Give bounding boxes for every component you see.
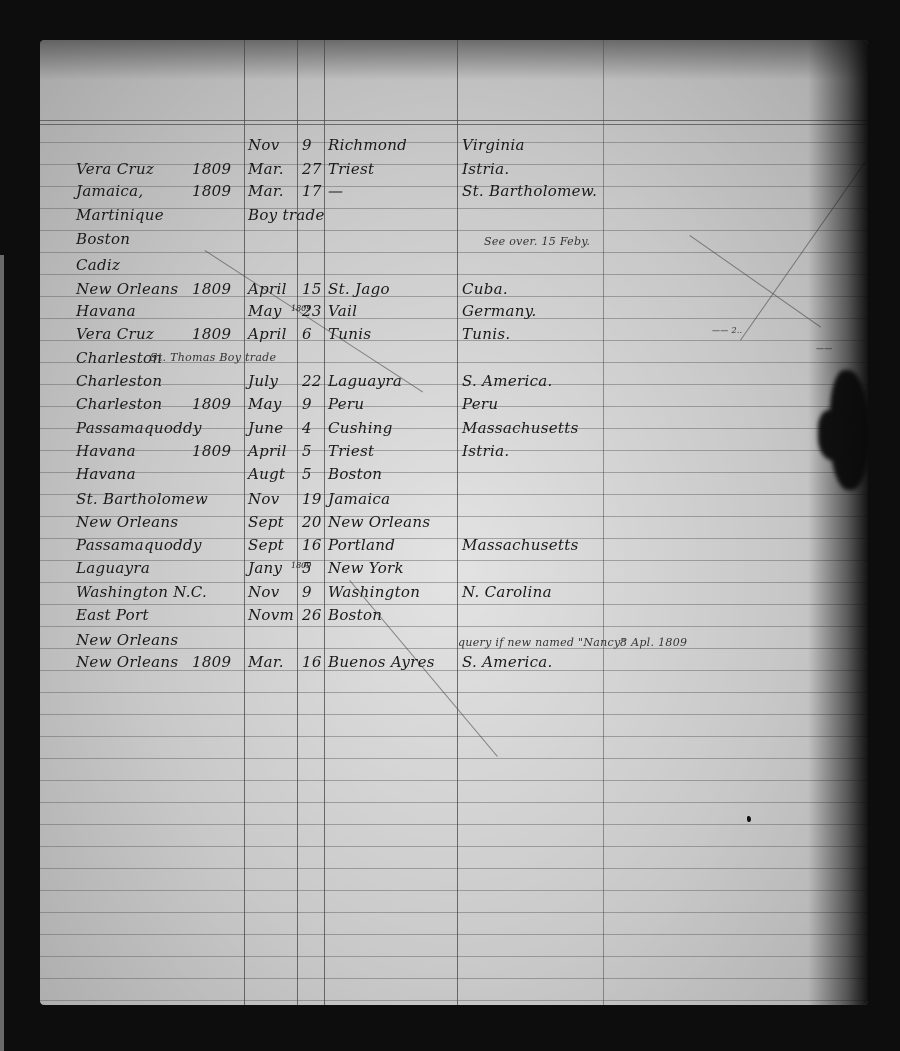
ruled-line xyxy=(40,450,868,451)
ruled-line xyxy=(40,340,868,341)
ruled-line xyxy=(40,626,868,627)
ruled-line xyxy=(40,846,868,847)
port-cell: Passamaquoddy xyxy=(76,536,202,554)
ruled-line xyxy=(40,164,868,165)
place-cell: Boston xyxy=(328,606,382,624)
port-cell: Passamaquoddy xyxy=(76,419,202,437)
month-cell: April xyxy=(248,280,287,298)
film-edge-strip xyxy=(0,255,4,1051)
day-cell: 23 xyxy=(302,302,322,320)
region-cell: Massachusetts xyxy=(462,536,579,554)
region-cell: query if new named "Nancy" xyxy=(458,634,626,652)
place-cell: — xyxy=(328,182,343,200)
month-cell: Mar. xyxy=(248,182,284,200)
month-cell: April xyxy=(248,442,287,460)
column-rule-place-region xyxy=(457,40,458,1005)
region-cell: Peru xyxy=(462,395,498,413)
ruled-line xyxy=(40,802,868,803)
ink-dot xyxy=(747,816,751,822)
port-cell: Cadiz xyxy=(76,256,120,274)
header-rule xyxy=(40,120,868,125)
region-cell: Virginia xyxy=(462,136,525,154)
port-cell: Boston xyxy=(76,230,130,248)
month-cell: Sept xyxy=(248,536,284,554)
day-cell: 9 xyxy=(302,583,312,601)
place-cell: Washington xyxy=(328,583,420,601)
page-top-shadow xyxy=(40,40,868,80)
place-cell: Portland xyxy=(328,536,395,554)
day-cell: 26 xyxy=(302,606,322,624)
region-cell: Massachusetts xyxy=(462,419,579,437)
diagonal-mark xyxy=(689,235,821,328)
place-cell: New Orleans xyxy=(328,513,430,531)
region-cell: Istria. xyxy=(462,160,509,178)
year-cell: 1809 xyxy=(192,395,231,413)
place-cell: Richmond xyxy=(328,136,407,154)
day-cell: 5 xyxy=(302,559,312,577)
day-cell: 19 xyxy=(302,490,322,508)
place-cell: Triest xyxy=(328,442,374,460)
region-cell: Cuba. xyxy=(462,280,508,298)
page-right-shadow xyxy=(808,40,868,1005)
column-rule-region-notes xyxy=(603,40,604,1005)
port-cell: New Orleans xyxy=(76,631,178,649)
port-cell: New Orleans xyxy=(76,280,178,298)
ruled-line xyxy=(40,142,868,143)
port-cell: Charleston xyxy=(76,395,162,413)
region-cell: S. America. xyxy=(462,372,553,390)
day-cell: 15 xyxy=(302,280,322,298)
ruled-line xyxy=(40,824,868,825)
port-cell: St. Bartholomew xyxy=(76,490,208,508)
day-cell: 27 xyxy=(302,160,322,178)
day-cell: 9 xyxy=(302,136,312,154)
port-cell: Martinique xyxy=(76,206,164,224)
port-cell: Laguayra xyxy=(76,559,150,577)
ruled-line xyxy=(40,604,868,605)
month-cell: Sept xyxy=(248,513,284,531)
month-cell: Nov xyxy=(248,136,280,154)
day-cell: 9 xyxy=(302,395,312,413)
column-rule-day-place xyxy=(324,40,325,1005)
place-cell: Triest xyxy=(328,160,374,178)
day-cell: 6 xyxy=(302,325,312,343)
port-cell: Havana xyxy=(76,465,136,483)
ruled-line xyxy=(40,912,868,913)
port-cell: New Orleans xyxy=(76,513,178,531)
region-cell: Istria. xyxy=(462,442,509,460)
ruled-line xyxy=(40,186,868,187)
column-rule-month-day xyxy=(297,40,298,1005)
month-cell: Augt xyxy=(248,465,285,483)
month-cell: Boy trade xyxy=(248,206,325,224)
month-cell: Novm xyxy=(248,606,294,624)
port-cell: Vera Cruz xyxy=(76,160,154,178)
year-cell: 1809 xyxy=(192,182,231,200)
month-cell: May xyxy=(248,302,282,320)
margin-mark: —— 2.. xyxy=(712,322,743,340)
ruled-line xyxy=(40,890,868,891)
port-cell: Washington N.C. xyxy=(76,583,207,601)
region-cell: Tunis. xyxy=(462,325,510,343)
day-cell: 16 xyxy=(302,653,322,671)
port-cell: Charleston xyxy=(76,372,162,390)
ruled-line xyxy=(40,758,868,759)
place-cell: Buenos Ayres xyxy=(328,653,435,671)
place-cell: Boston xyxy=(328,465,382,483)
ruled-line xyxy=(40,934,868,935)
year-cell: 1809 xyxy=(192,280,231,298)
port-cell: Havana xyxy=(76,302,136,320)
ruled-line xyxy=(40,736,868,737)
ruled-line xyxy=(40,560,868,561)
day-cell: 17 xyxy=(302,182,322,200)
year-cell: 1809 xyxy=(192,325,231,343)
month-cell: July xyxy=(248,372,278,390)
day-cell: 20 xyxy=(302,513,322,531)
port-cell: Havana xyxy=(76,442,136,460)
ruled-line xyxy=(40,978,868,979)
place-cell: Cushing xyxy=(328,419,393,437)
month-cell: May xyxy=(248,395,282,413)
place-cell: Vail xyxy=(328,302,357,320)
month-cell: Jany xyxy=(248,559,282,577)
region-cell: N. Carolina xyxy=(462,583,552,601)
day-cell: 5 xyxy=(302,442,312,460)
place-cell: New York xyxy=(328,559,404,577)
note-cell: 8 Apl. 1809 xyxy=(620,634,687,652)
ruled-line xyxy=(40,472,868,473)
ruled-line xyxy=(40,692,868,693)
ruled-line xyxy=(40,252,868,253)
day-cell: 5 xyxy=(302,465,312,483)
month-cell: Mar. xyxy=(248,160,284,178)
ruled-line xyxy=(40,780,868,781)
month-cell: St. Thomas Boy trade xyxy=(150,349,276,367)
month-cell: Mar. xyxy=(248,653,284,671)
ruled-line xyxy=(40,956,868,957)
region-cell: St. Bartholomew. xyxy=(462,182,597,200)
year-cell: 1809 xyxy=(192,653,231,671)
ruled-line xyxy=(40,230,868,231)
place-cell: Peru xyxy=(328,395,364,413)
note-cell: See over. 15 Feby. xyxy=(484,233,590,251)
region-cell: S. America. xyxy=(462,653,553,671)
year-cell: 1809 xyxy=(192,442,231,460)
month-cell: Nov xyxy=(248,490,280,508)
region-cell: Germany. xyxy=(462,302,537,320)
place-cell: Tunis xyxy=(328,325,371,343)
ruled-line xyxy=(40,406,868,407)
place-cell: St. Jago xyxy=(328,280,390,298)
port-cell: East Port xyxy=(76,606,149,624)
month-cell: April xyxy=(248,325,287,343)
ruled-line xyxy=(40,208,868,209)
day-cell: 22 xyxy=(302,372,322,390)
place-cell: Laguayra xyxy=(328,372,402,390)
ledger-page: Nov9RichmondVirginiaVera Cruz1809Mar.27T… xyxy=(40,40,868,1005)
month-cell: June xyxy=(248,419,283,437)
day-cell: 16 xyxy=(302,536,322,554)
column-rule-port-year xyxy=(244,40,245,1005)
ruled-line xyxy=(40,714,868,715)
port-cell: Jamaica, xyxy=(76,182,143,200)
port-cell: Vera Cruz xyxy=(76,325,154,343)
ruled-line xyxy=(40,318,868,319)
port-cell: New Orleans xyxy=(76,653,178,671)
ruled-line xyxy=(40,384,868,385)
place-cell: Jamaica xyxy=(328,490,390,508)
ruled-line xyxy=(40,868,868,869)
day-cell: 4 xyxy=(302,419,312,437)
year-cell: 1809 xyxy=(192,160,231,178)
month-cell: Nov xyxy=(248,583,280,601)
ruled-line xyxy=(40,1000,868,1001)
